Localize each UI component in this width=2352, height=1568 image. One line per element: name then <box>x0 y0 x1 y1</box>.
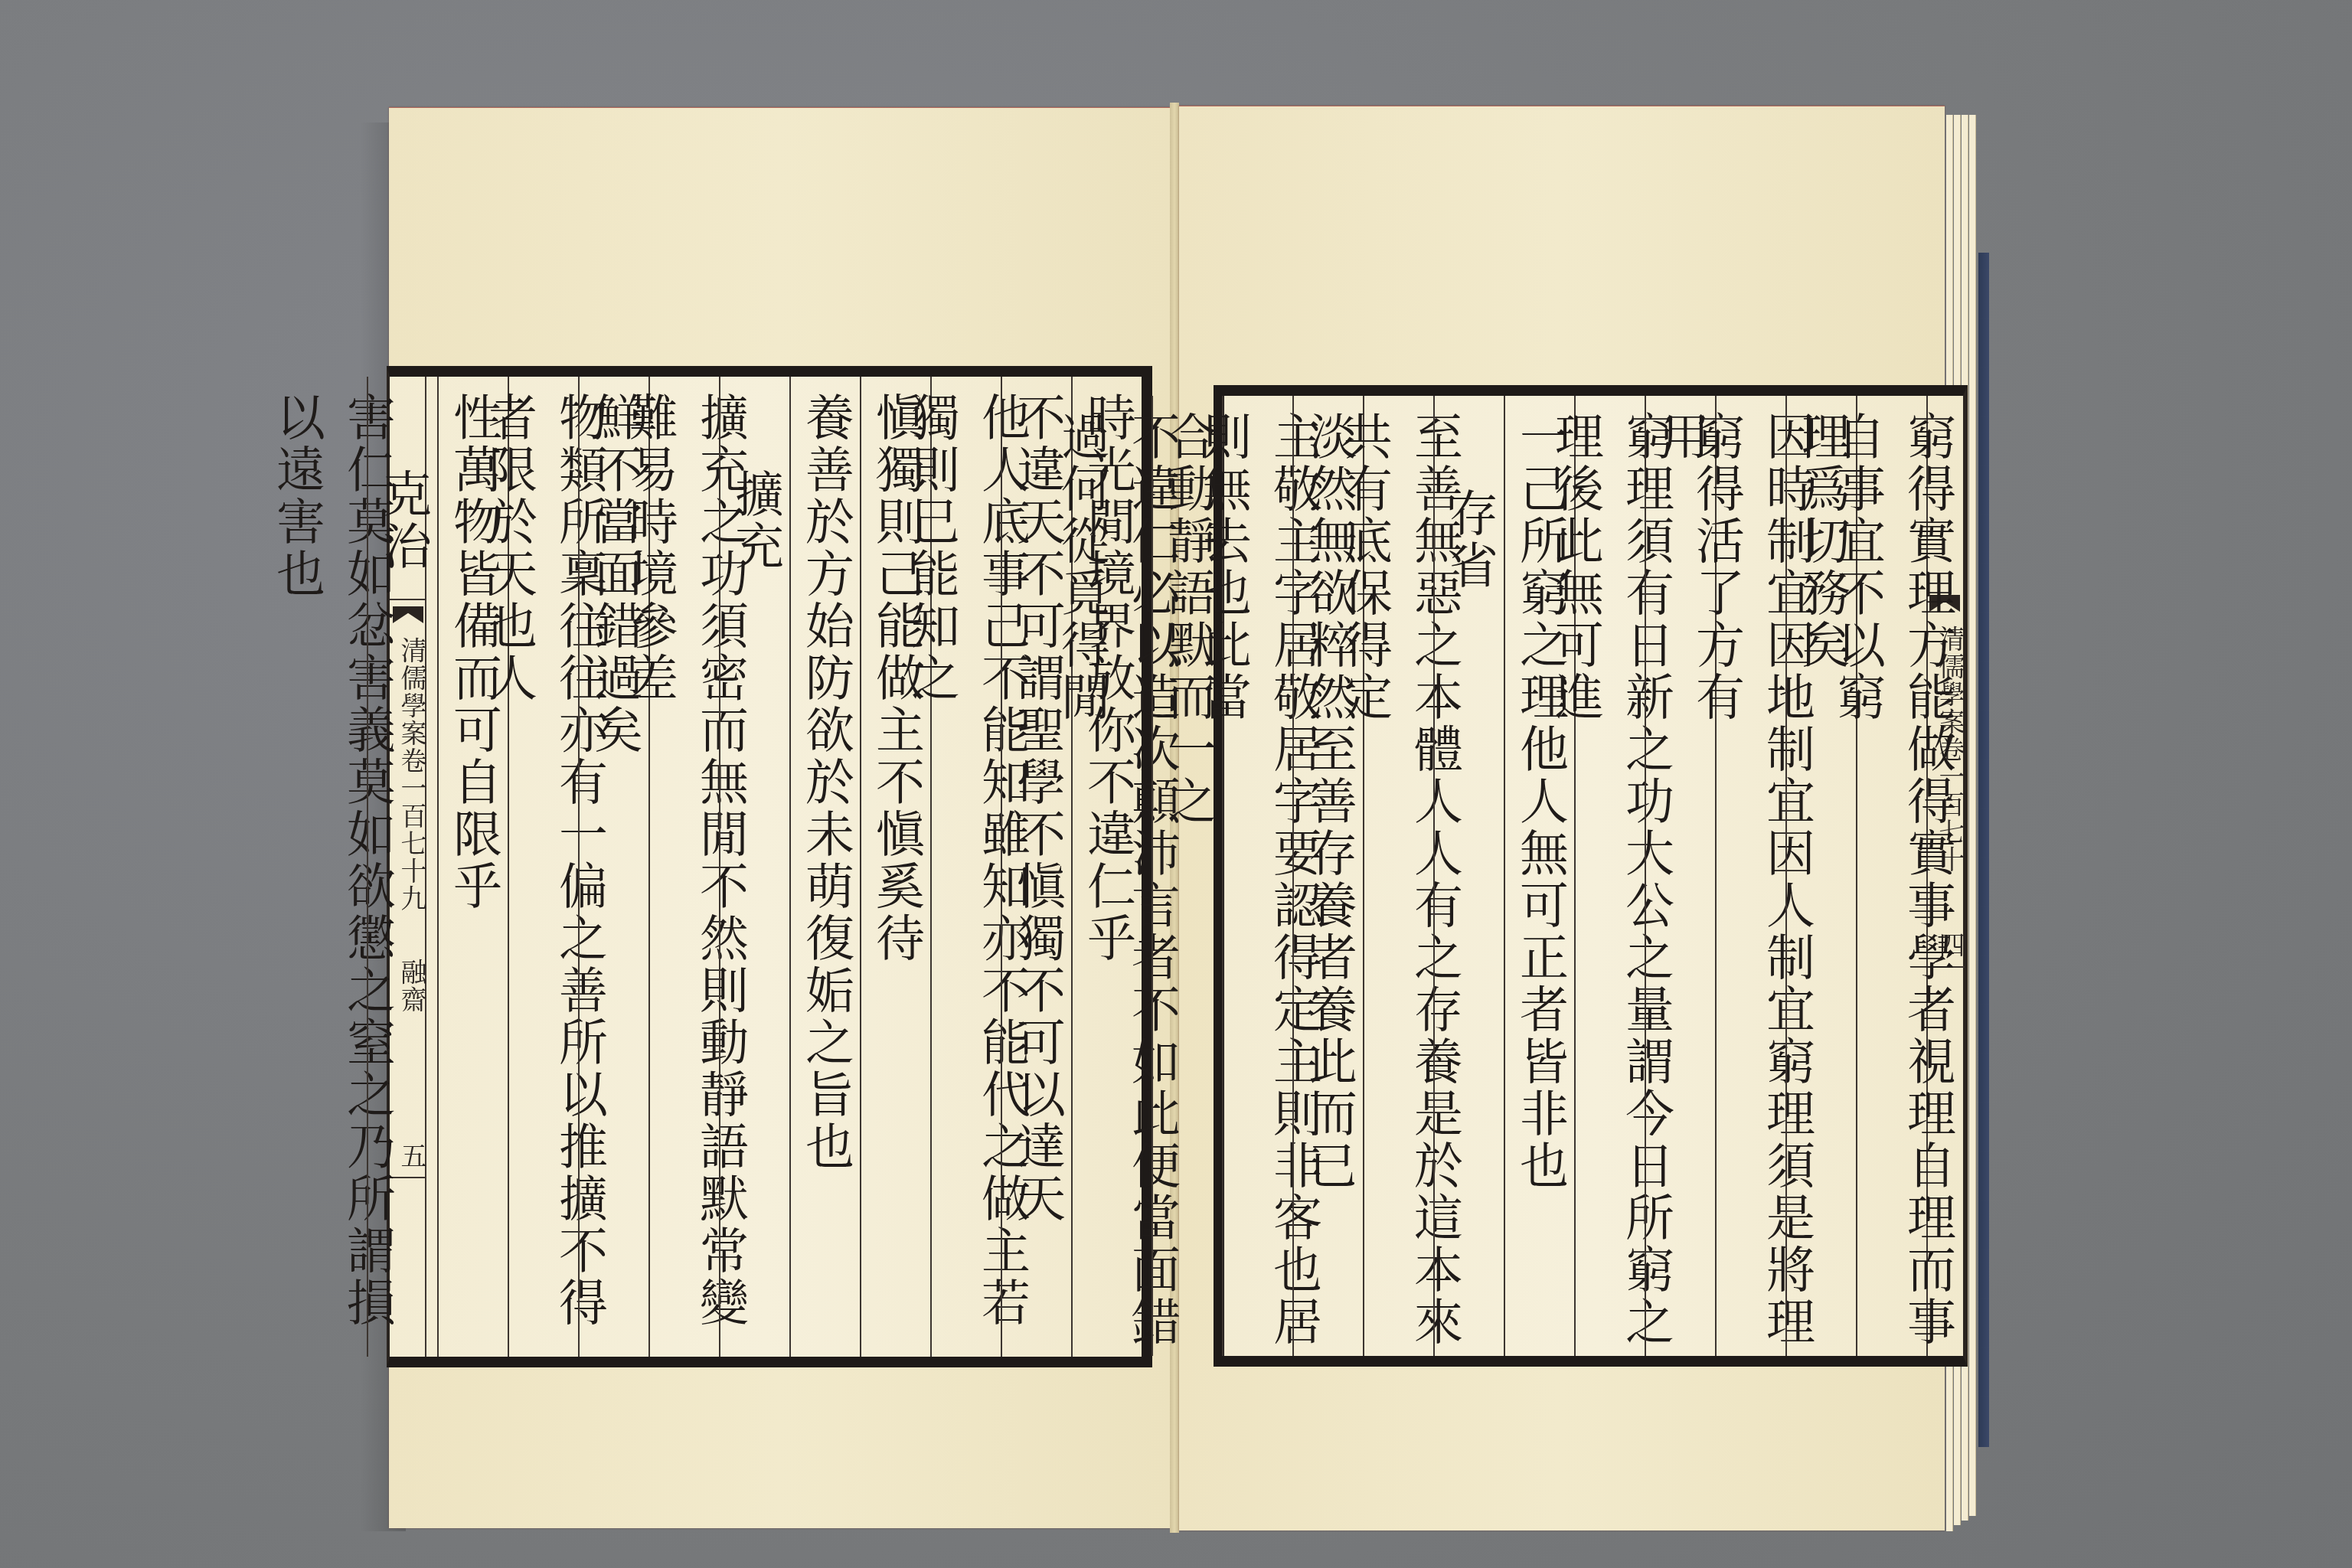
left-text-columns: 時光閒境界放你不違仁乎 不違天不可謂聖學不愼獨不可以達天 他人底事己不能知雖知亦… <box>426 377 1142 1357</box>
text-column: 物類所稟往往亦有一偏之善所以推擴不得者限於天也人 <box>508 377 578 1357</box>
section-heading: 擴充 <box>719 377 789 1357</box>
text-column: 他人底事己不能知雖知亦不能代之做主若獨則己能知之 <box>930 377 1001 1357</box>
text-column: 害仁莫如忿害義莫如欲懲之窒之乃所謂損以遠害也 <box>296 377 367 1357</box>
text-column: 養善於方始防欲於未萌復姤之旨也 <box>789 377 860 1357</box>
left-page-frame: 清儒學案卷一百七十九 融齋 五 時光閒境界放你不違仁乎 不違天不可謂聖學不愼獨不… <box>387 366 1152 1367</box>
text-column: 窮理須有日新之功大公之量謂今日所窮之理後此無可進 <box>1574 396 1645 1356</box>
text-column: 不違仁必以造次顛沛言者不如此便當面錯過何從覓得閒 <box>1081 396 1151 1356</box>
text-column: 窮得實理方能做得實事學者視理自理而事自事宜不以窮 <box>1856 396 1926 1356</box>
text-column: 擴充之功須密而無閒不然則動靜語默常變難易時境參差 <box>648 377 719 1357</box>
section-heading: 克治 <box>367 377 437 1357</box>
text-column: 至善無惡之本體人人有之存養是於這本來共有底保得定 <box>1363 396 1433 1356</box>
text-column: 因時制宜因地制宜因人制宜窮理須是將理窮得活了方有 <box>1715 396 1785 1356</box>
right-page-frame: 清儒學案卷一百七十 四 窮得實理方能做得實事學者視理自理而事自事宜不以窮 理爲切… <box>1214 385 1968 1367</box>
text-column: 主敬主字居敬居字要認得定主則非客也居則無去也此當 <box>1222 396 1292 1356</box>
section-heading: 存省 <box>1433 396 1504 1356</box>
page-stack-edge <box>1969 115 1976 1516</box>
book-cover-edge <box>1978 253 1989 1447</box>
right-text-columns: 窮得實理方能做得實事學者視理自理而事自事宜不以窮 理爲切務矣 因時制宜因地制宜因… <box>1224 396 1926 1356</box>
